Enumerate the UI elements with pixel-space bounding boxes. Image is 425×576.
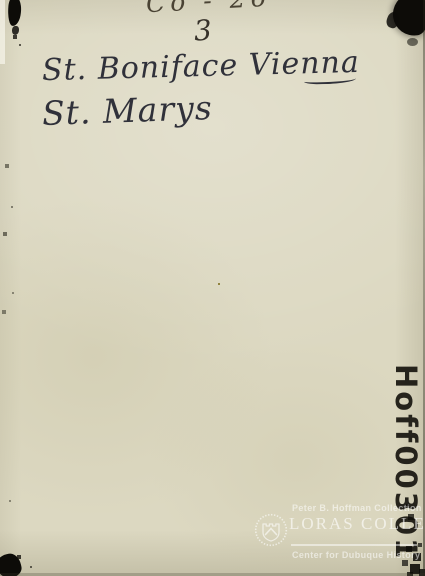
loras-college-shield-icon xyxy=(254,513,288,547)
ink-blot-top-left xyxy=(7,0,23,27)
catalog-id-marker: Hoff00301 xyxy=(389,364,423,561)
handwritten-number: 3 xyxy=(193,16,213,45)
ink-blot-top-left-2 xyxy=(12,26,19,35)
scan-edge-left-highlight xyxy=(0,0,5,64)
handwritten-caption-line2: St. Marys xyxy=(41,91,213,130)
ink-blot-top-right-3 xyxy=(407,38,418,46)
pen-flourish xyxy=(304,75,356,85)
photo-verso-scan: Co - 26 3 St. Boniface Vienna St. Marys … xyxy=(0,0,425,576)
